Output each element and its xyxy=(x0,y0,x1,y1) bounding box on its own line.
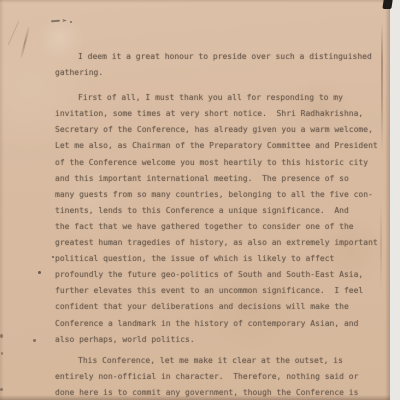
document-line: confident that your deliberations and de… xyxy=(55,299,390,315)
document-line: Conference a landmark in the history of … xyxy=(55,316,390,332)
document-line: profoundly the future geo-politics of So… xyxy=(55,267,390,283)
document-line: and this important international meeting… xyxy=(55,171,390,187)
document-line: Secretary of the Conference, has already… xyxy=(55,122,390,138)
scanner-background-strip xyxy=(390,0,400,400)
document-line: First of all, I must thank you all for r… xyxy=(55,90,390,106)
document-line: Let me also, as Chairman of the Preparat… xyxy=(55,138,390,154)
document-line: This Conference, let me make it clear at… xyxy=(55,353,390,369)
document-line: tinents, lends to this Conference a uniq… xyxy=(55,203,390,219)
vertical-crease xyxy=(381,22,383,152)
paper-edge-top xyxy=(0,0,400,3)
paper-edge-bottom xyxy=(0,395,400,400)
paper-speck xyxy=(52,256,54,258)
vertical-crease-lower xyxy=(380,200,382,290)
document-line: the fact that we have gathered together … xyxy=(55,219,390,235)
document-line: further elevates this event to an uncomm… xyxy=(55,283,390,299)
paragraph: First of all, I must thank you all for r… xyxy=(55,90,390,348)
pencil-mark-arrow xyxy=(62,19,67,22)
paper-speck xyxy=(1,352,3,355)
document-line: I deem it a great honour to preside over… xyxy=(55,49,390,65)
paper-speck xyxy=(38,271,41,274)
paper-speck xyxy=(0,334,3,338)
paper-speck xyxy=(33,339,36,342)
document-line: greatest human tragedies of history, as … xyxy=(55,235,390,251)
scanner-corner-dark xyxy=(382,0,392,9)
document-line: also perhaps, world politics. xyxy=(55,332,390,348)
document-line: invitation, some times at very short not… xyxy=(55,106,390,122)
pencil-mark-dash xyxy=(51,20,60,23)
scanned-document-page: I deem it a great honour to preside over… xyxy=(0,0,400,400)
paragraph: I deem it a great honour to preside over… xyxy=(55,49,390,81)
document-text: I deem it a great honour to preside over… xyxy=(55,49,390,400)
fold-crease-faint xyxy=(8,21,19,45)
fold-crease xyxy=(20,27,29,58)
document-line: of the Conference welcome you most heart… xyxy=(55,155,390,171)
document-line: political question, the issue of which i… xyxy=(55,251,390,267)
paragraph: This Conference, let me make it clear at… xyxy=(55,353,390,400)
document-line: gathering. xyxy=(55,65,390,81)
document-line: many guests from so many countries, belo… xyxy=(55,187,390,203)
paper-speck xyxy=(0,388,3,391)
pencil-mark-dot xyxy=(70,21,72,23)
paper-edge-left xyxy=(0,0,4,400)
document-line: entirely non-official in character. Ther… xyxy=(55,369,390,385)
